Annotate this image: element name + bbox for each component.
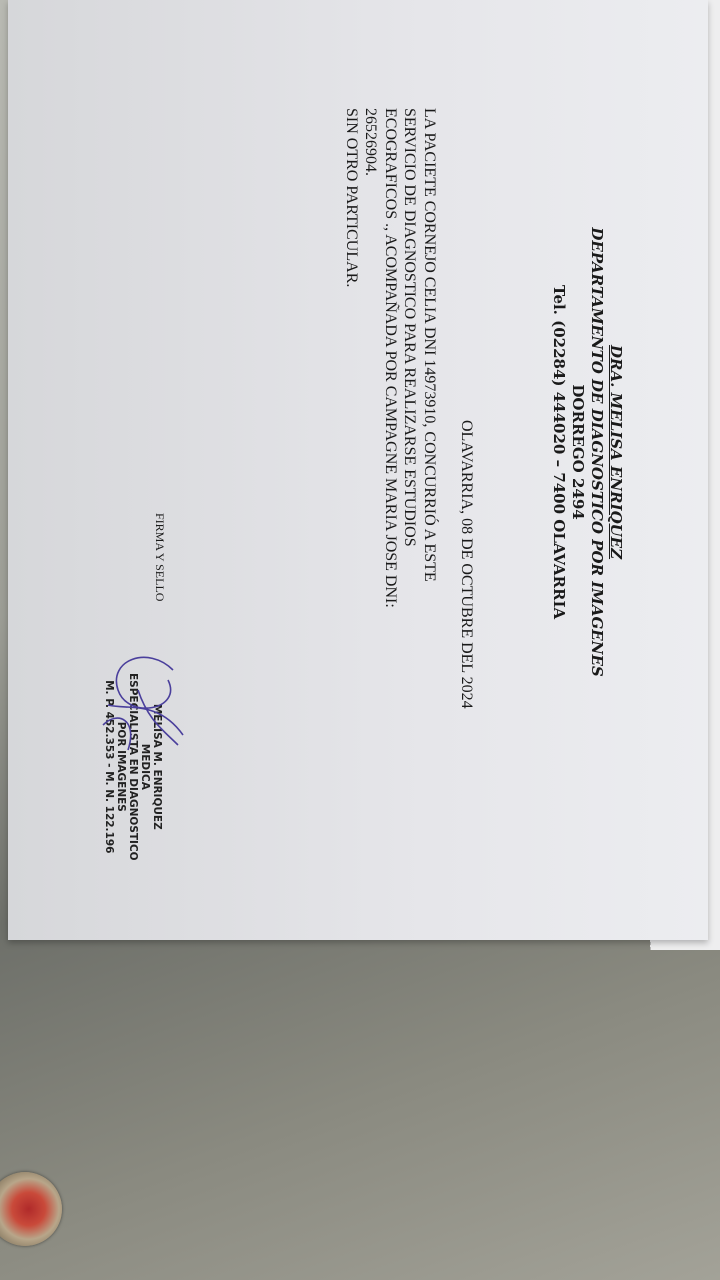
department-name: DEPARTAMENTO DE DIAGNOSTICO POR IMAGENES [587,225,606,679]
handwritten-signature [88,650,198,760]
doctor-name: DRA. MELISA ENRIQUEZ [606,345,625,559]
body-line: ECOGRAFICOS ., ACOMPAÑADA POR CAMPAGNE M… [381,108,401,608]
phone: Tel. (02284) 444020 – 7400 OLAVARRIA [549,285,568,619]
date-line: OLAVARRIA, 08 DE OCTUBRE DEL 2024 [457,420,475,709]
body-line: 26526904. [361,108,381,608]
body-text: LA PACIETE CORNEJO CELIA DNI 14973910, C… [342,108,440,608]
signature-label: FIRMA Y SELLO [152,513,167,601]
body-line: LA PACIETE CORNEJO CELIA DNI 14973910, C… [420,108,440,608]
body-line: SIN OTRO PARTICULAR. [342,108,362,608]
letterhead: DRA. MELISA ENRIQUEZ DEPARTAMENTO DE DIA… [549,345,625,559]
document-page: DRA. MELISA ENRIQUEZ DEPARTAMENTO DE DIA… [8,0,708,940]
drain-cover [0,1172,62,1246]
address: DORREGO 2494 [568,345,587,559]
body-line: SERVICIO DE DIAGNOSTICO PARA REALIZARSE … [400,108,420,608]
